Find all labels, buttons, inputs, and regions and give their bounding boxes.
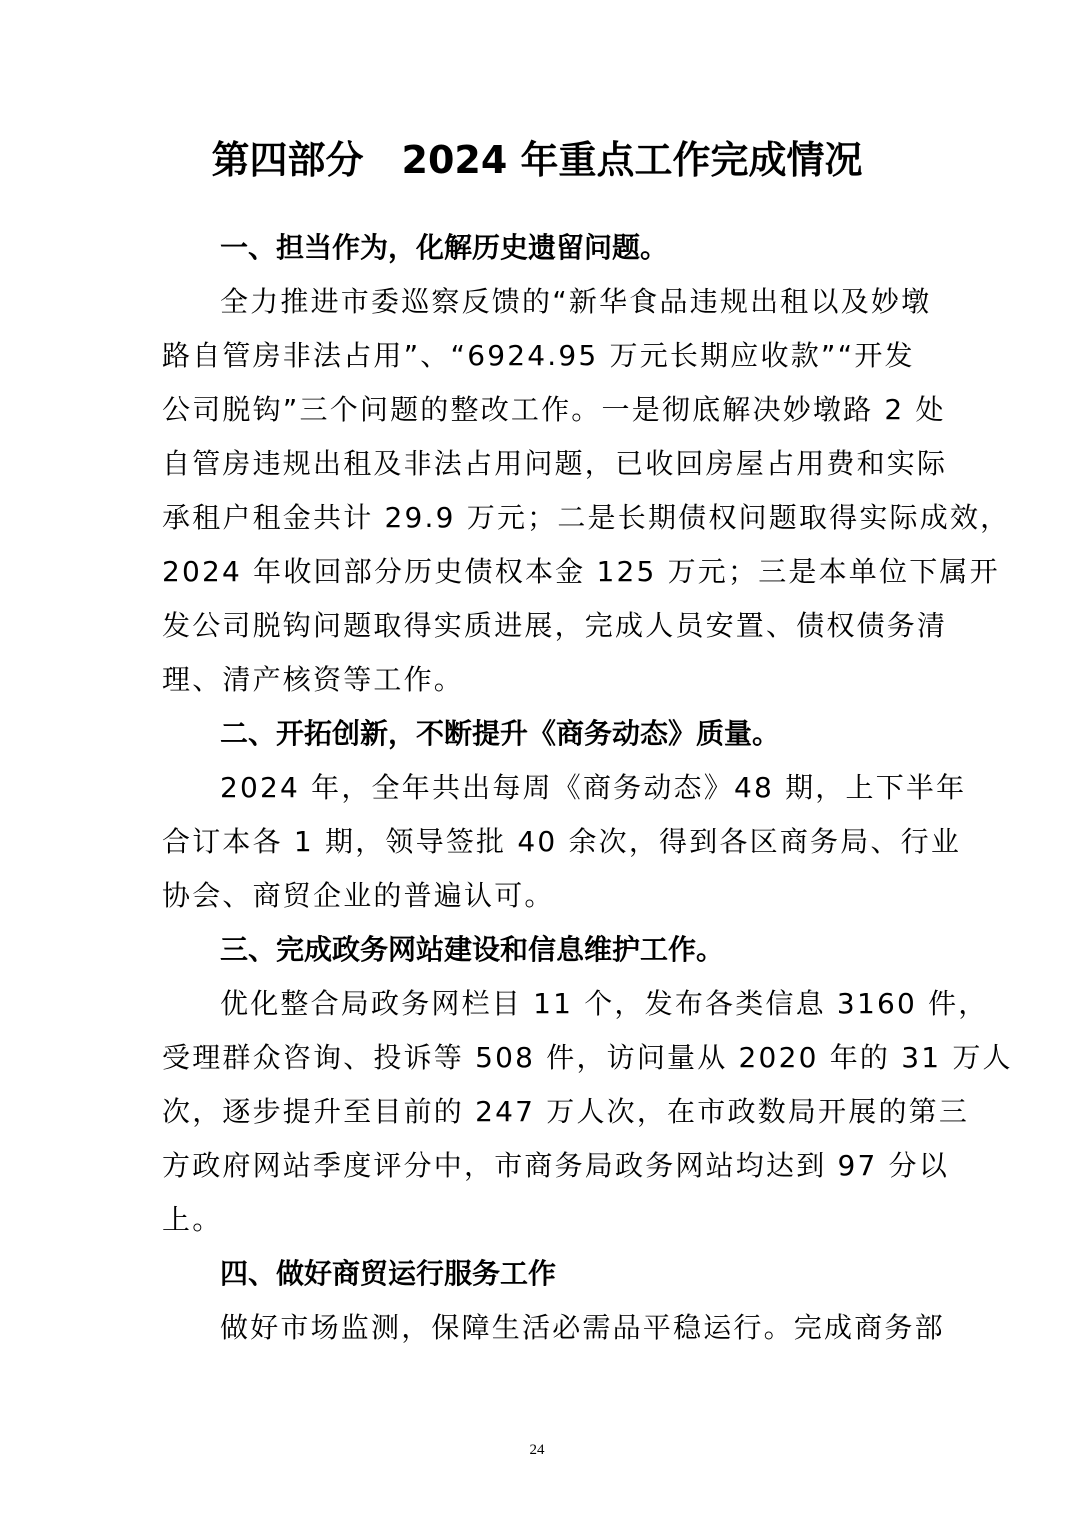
paragraph-line: 路自管房非法占用”、“6924.95 万元长期应收款”“开发: [162, 334, 922, 378]
paragraph-line: 公司脱钩”三个问题的整改工作。一是彻底解决妙墩路 2 处: [162, 388, 922, 432]
section-heading-1: 一、担当作为，化解历史遗留问题。: [220, 226, 980, 270]
paragraph-line: 受理群众咨询、投诉等 508 件，访问量从 2020 年的 31 万人: [162, 1036, 922, 1080]
section-heading-4: 四、做好商贸运行服务工作: [220, 1252, 980, 1296]
document-page: 第四部分 2024 年重点工作完成情况 一、担当作为，化解历史遗留问题。 全力推…: [0, 0, 1074, 1520]
paragraph-line: 2024 年收回部分历史债权本金 125 万元；三是本单位下属开: [162, 550, 922, 594]
paragraph-line: 自管房违规出租及非法占用问题，已收回房屋占用费和实际: [162, 442, 922, 486]
paragraph-line: 全力推进市委巡察反馈的“新华食品违规出租以及妙墩: [220, 280, 980, 324]
paragraph-line: 方政府网站季度评分中，市商务局政务网站均达到 97 分以: [162, 1144, 922, 1188]
paragraph-line: 次，逐步提升至目前的 247 万人次，在市政数局开展的第三: [162, 1090, 922, 1134]
paragraph-line: 理、清产核资等工作。: [162, 658, 922, 702]
paragraph-line: 上。: [162, 1198, 922, 1242]
paragraph-line: 发公司脱钩问题取得实质进展，完成人员安置、债权债务清: [162, 604, 922, 648]
paragraph-line: 合订本各 1 期，领导签批 40 余次，得到各区商务局、行业: [162, 820, 922, 864]
section-heading-2: 二、开拓创新，不断提升《商务动态》质量。: [220, 712, 980, 756]
page-title: 第四部分 2024 年重点工作完成情况: [0, 134, 1074, 186]
paragraph-line: 承租户租金共计 29.9 万元；二是长期债权问题取得实际成效，: [162, 496, 922, 540]
section-heading-3: 三、完成政务网站建设和信息维护工作。: [220, 928, 980, 972]
paragraph-line: 2024 年，全年共出每周《商务动态》48 期，上下半年: [220, 766, 980, 810]
paragraph-line: 做好市场监测，保障生活必需品平稳运行。完成商务部: [220, 1306, 980, 1350]
paragraph-line: 协会、商贸企业的普遍认可。: [162, 874, 922, 918]
paragraph-line: 优化整合局政务网栏目 11 个，发布各类信息 3160 件，: [220, 982, 980, 1026]
page-number: 24: [0, 1440, 1074, 1460]
